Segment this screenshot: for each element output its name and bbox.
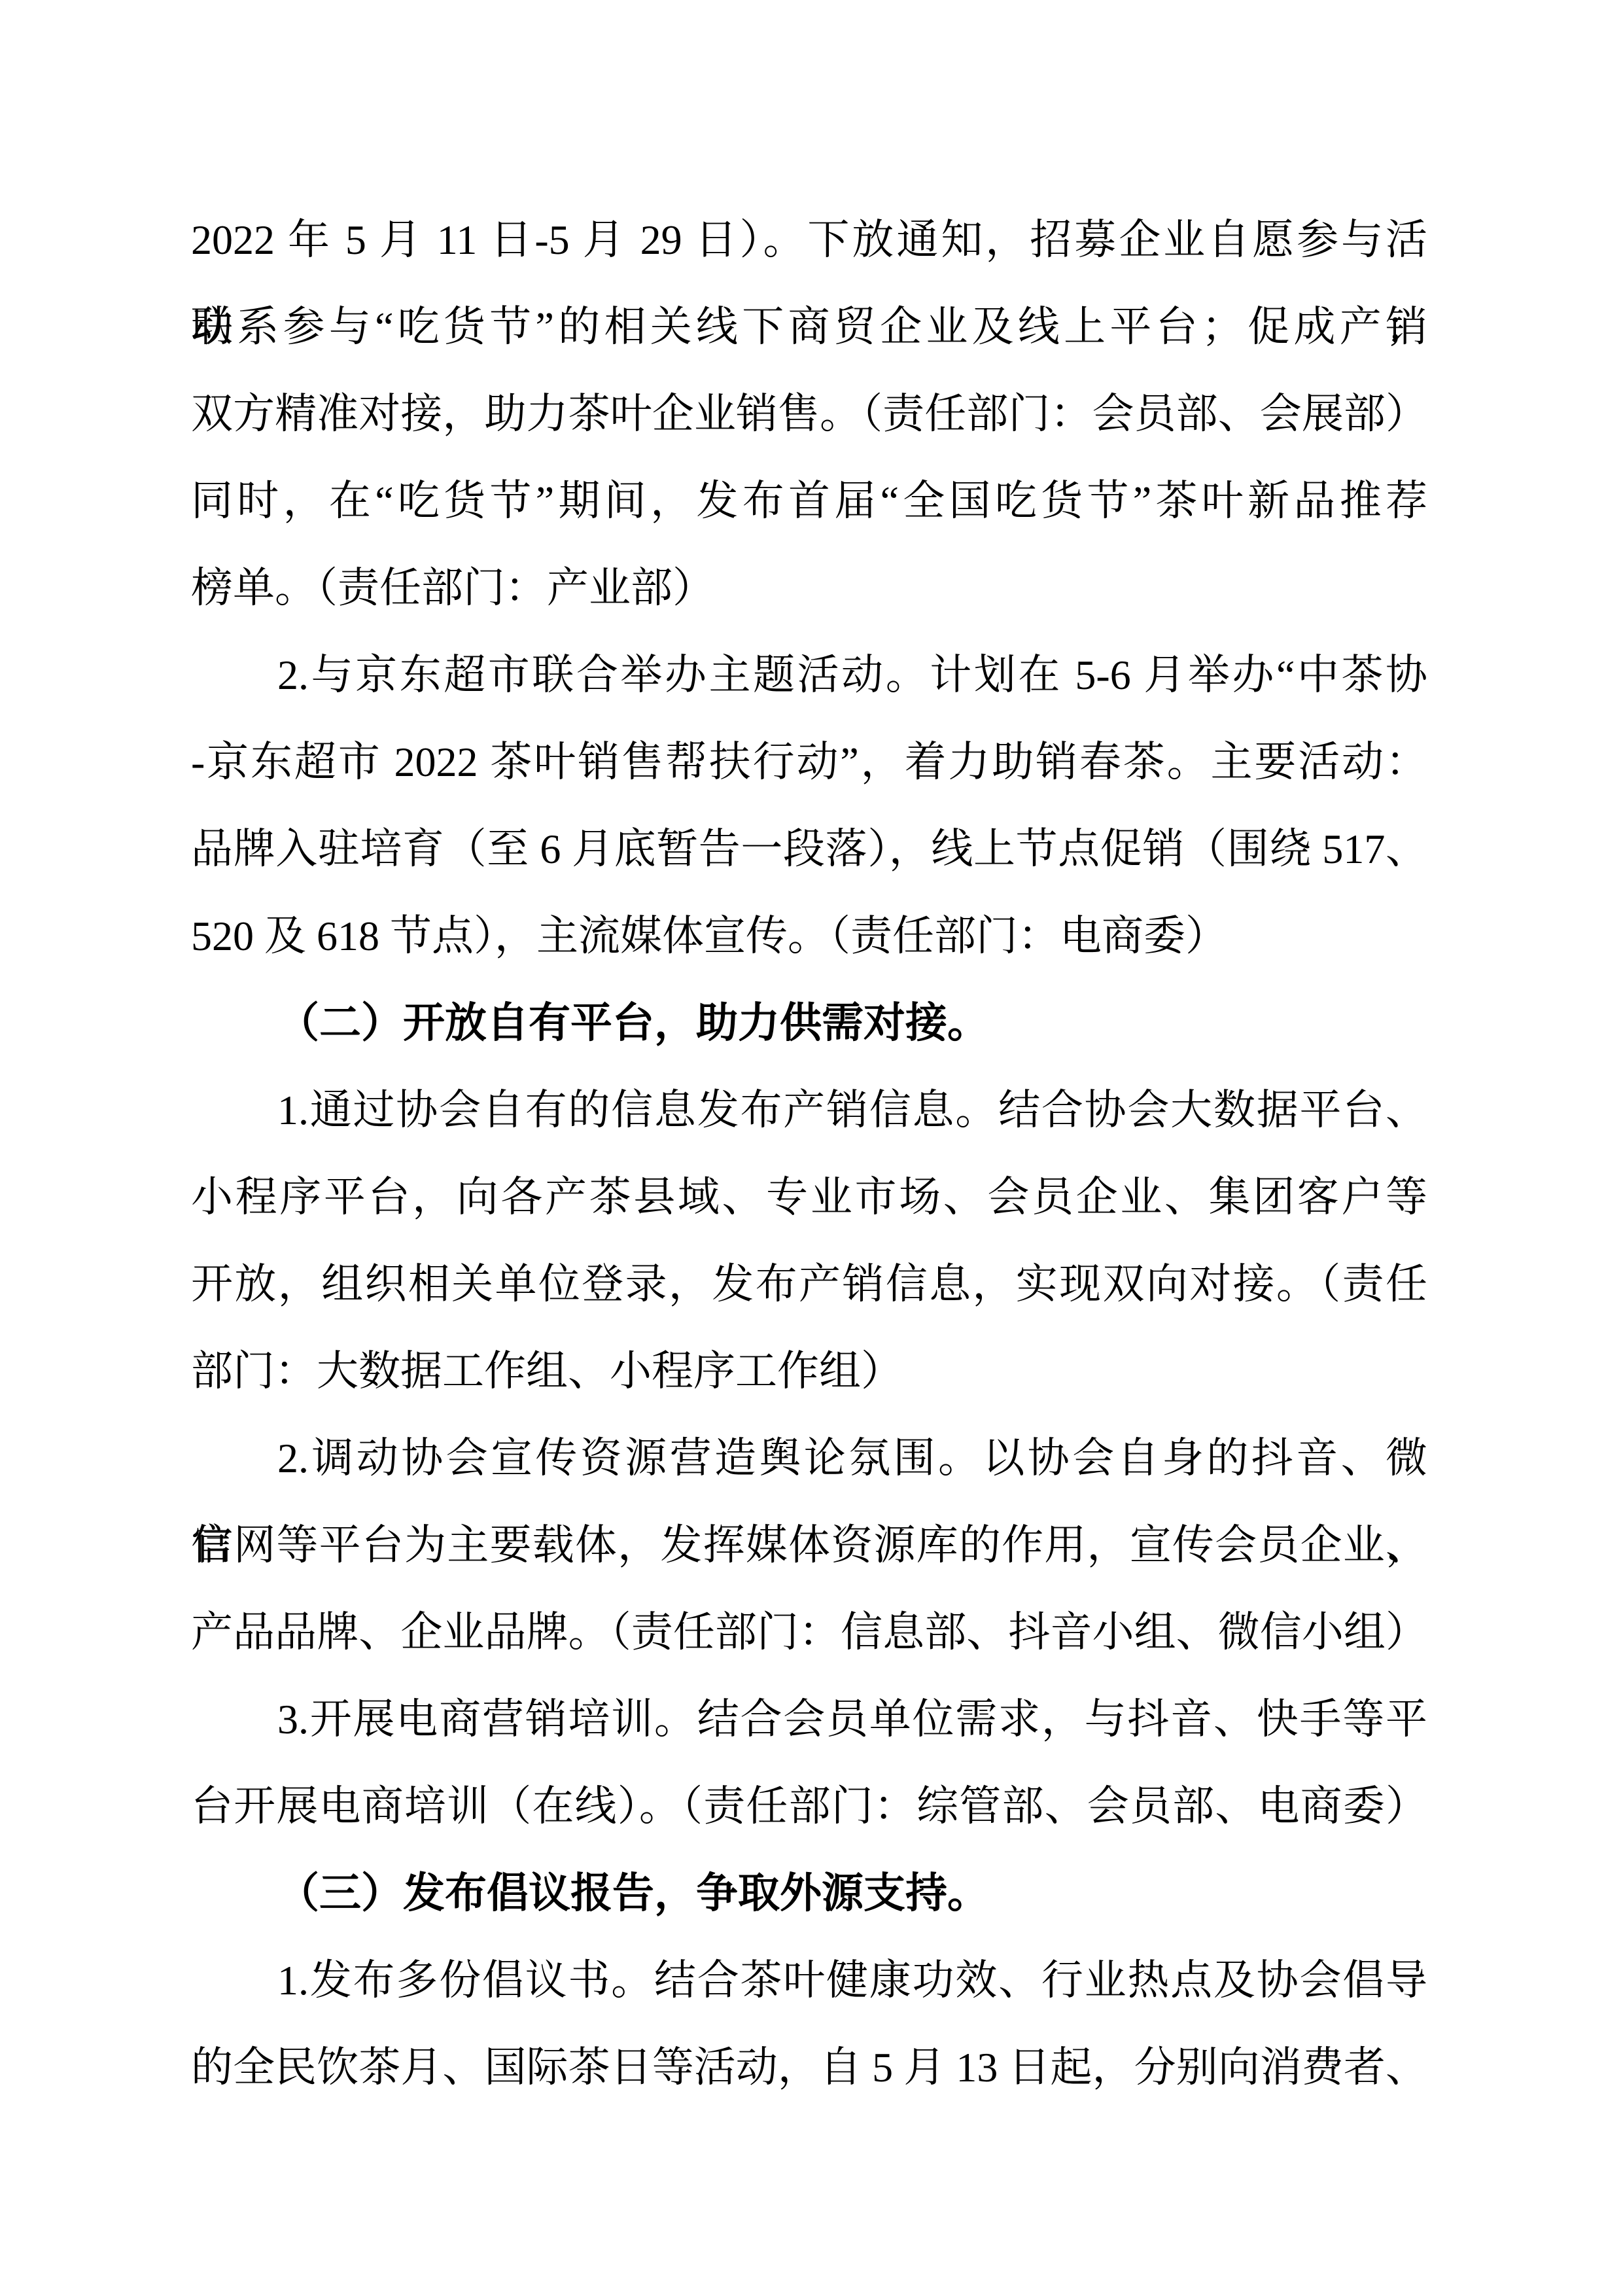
text-line: 小程序平台，向各产茶县域、专业市场、会员企业、集团客户等	[191, 1154, 1427, 1241]
text-line: 品牌入驻培育（至 6 月底暂告一段落），线上节点促销（围绕 517、	[191, 805, 1427, 892]
text-line: 同时，在“吃货节”期间，发布首届“全国吃货节”茶叶新品推荐	[191, 457, 1427, 544]
heading-line: （二）开放自有平台，助力供需对接。	[191, 980, 1427, 1067]
text-line: 1.发布多份倡议书。结合茶叶健康功效、行业热点及协会倡导	[191, 1937, 1427, 2024]
text-line: 的全民饮茶月、国际茶日等活动，自 5 月 13 日起，分别向消费者、	[191, 2024, 1427, 2111]
heading-line: （三）发布倡议报告，争取外源支持。	[191, 1850, 1427, 1937]
text-line: 2.调动协会宣传资源营造舆论氛围。以协会自身的抖音、微信、	[191, 1415, 1427, 1502]
text-line: 台开展电商培训（在线）。（责任部门：综管部、会员部、电商委）	[191, 1763, 1427, 1850]
text-line: 520 及 618 节点），主流媒体宣传。（责任部门：电商委）	[191, 892, 1427, 980]
document-text-block: 2022 年 5 月 11 日-5 月 29 日）。下放通知，招募企业自愿参与活…	[191, 196, 1427, 2111]
text-line: 开放，组织相关单位登录，发布产销信息，实现双向对接。（责任	[191, 1241, 1427, 1328]
text-line: -京东超市 2022 茶叶销售帮扶行动”，着力助销春茶。主要活动：	[191, 718, 1427, 805]
text-line: 部门：大数据工作组、小程序工作组）	[191, 1328, 1427, 1415]
text-line: 1.通过协会自有的信息发布产销信息。结合协会大数据平台、	[191, 1067, 1427, 1154]
text-line: 榜单。（责任部门：产业部）	[191, 544, 1427, 631]
text-line: 2.与京东超市联合举办主题活动。计划在 5-6 月举办“中茶协	[191, 631, 1427, 718]
text-line: 产品品牌、企业品牌。（责任部门：信息部、抖音小组、微信小组）	[191, 1589, 1427, 1676]
text-line: 2022 年 5 月 11 日-5 月 29 日）。下放通知，招募企业自愿参与活…	[191, 196, 1427, 283]
document-page: 2022 年 5 月 11 日-5 月 29 日）。下放通知，招募企业自愿参与活…	[0, 0, 1623, 2296]
text-line: 官网等平台为主要载体，发挥媒体资源库的作用，宣传会员企业，	[191, 1502, 1427, 1589]
text-line: 3.开展电商营销培训。结合会员单位需求，与抖音、快手等平	[191, 1676, 1427, 1763]
text-line: 联系参与“吃货节”的相关线下商贸企业及线上平台；促成产销	[191, 283, 1427, 370]
text-line: 双方精准对接，助力茶叶企业销售。（责任部门：会员部、会展部）	[191, 370, 1427, 457]
